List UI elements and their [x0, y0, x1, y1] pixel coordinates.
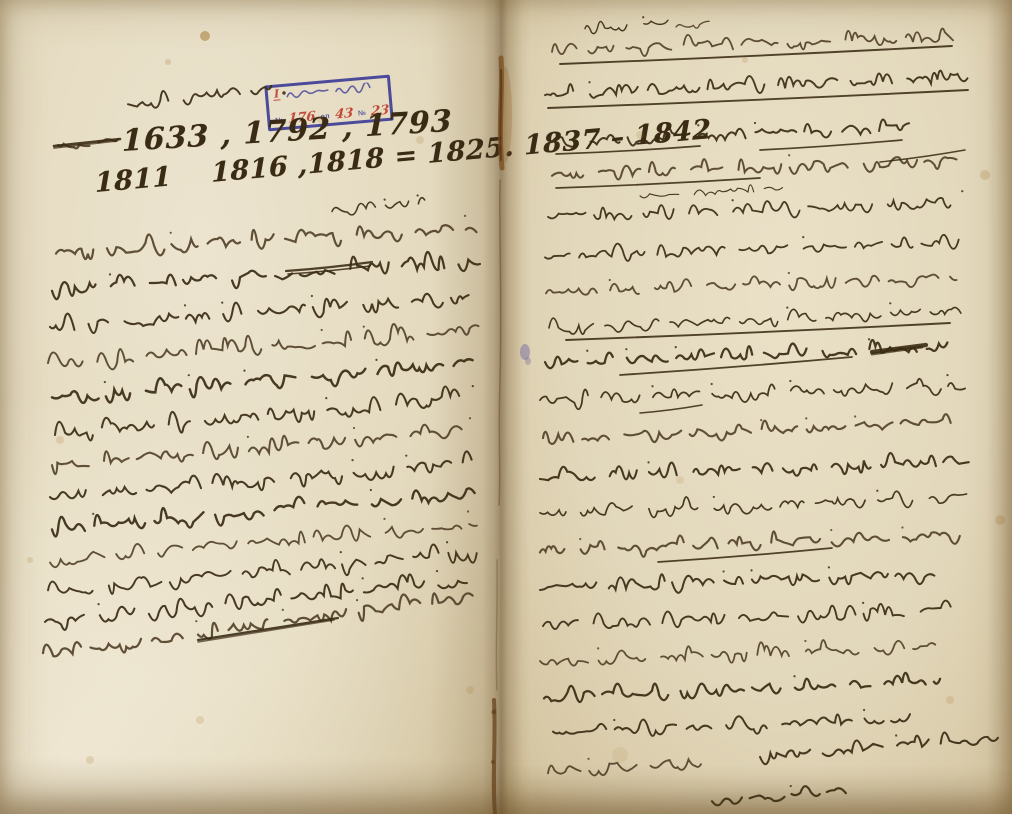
- right-page: [500, 0, 1012, 814]
- stamp-top-row: I: [273, 80, 384, 101]
- manuscript-photo: I № 176 оп 43 № 23 1633 , 1792 , 1793 18…: [0, 0, 1012, 814]
- stamp-index-mark: I: [273, 89, 281, 101]
- stamp-illegible-word-2: [334, 82, 373, 95]
- stamp-illegible-word-1: [285, 85, 330, 99]
